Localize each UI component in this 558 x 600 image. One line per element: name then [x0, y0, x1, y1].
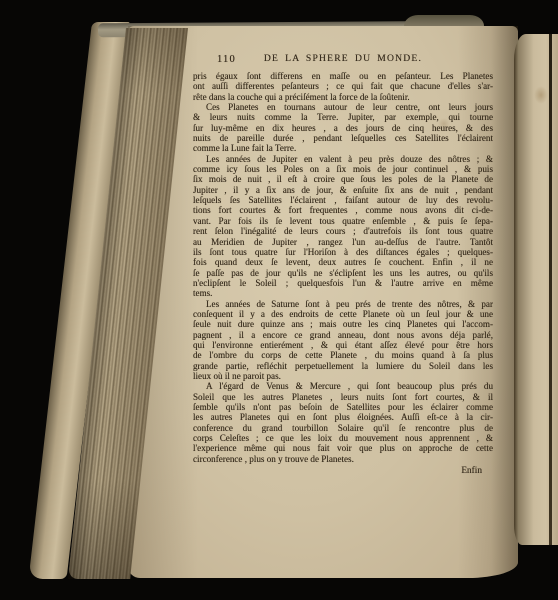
text-line: ſeule nuit dure quinze ans ; mais outre …	[193, 319, 493, 329]
text-line: vant. Par fois ils ſe levent tous quatre…	[193, 216, 493, 226]
page-text-area: 110 DE LA SPHERE DU MONDE. pris égaux ſo…	[193, 53, 493, 477]
page-header: 110 DE LA SPHERE DU MONDE.	[193, 53, 493, 66]
text-line: ſix mois de nuit , il eſt à croire que ſ…	[193, 174, 493, 184]
text-block: pris égaux ſont differens en maſſe ou en…	[193, 71, 493, 464]
text-line: Soleil que les autres Planetes , leurs n…	[193, 392, 493, 402]
text-line: de l'ombre du corps de cette Planete , d…	[193, 350, 493, 360]
text-line: n'eclipſent le Soleil ; quelquesfois l'u…	[193, 278, 493, 288]
text-line: nuits de pareille durée , pendant leſque…	[193, 133, 493, 143]
text-line: Jupiter , il y a ſix ans de jour, & enſu…	[193, 185, 493, 195]
text-line: comme la Lune fait la Terre.	[193, 143, 493, 153]
text-line: Les années de Saturne ſont à peu prés de…	[193, 299, 493, 309]
text-line: conference du grand tourbillon Solaire q…	[193, 423, 493, 433]
text-line: circonference , plus on y trouve de Plan…	[193, 454, 493, 464]
text-line: fois quand deux ſe levent, deux autres ſ…	[193, 257, 493, 267]
text-line: A l'égard de Venus & Mercure , qui ſont …	[193, 381, 493, 391]
text-line: leſquels ſes Satellites l'éclairent , fa…	[193, 195, 493, 205]
text-line: comme icy ſous les Poles on a ſix mois d…	[193, 164, 493, 174]
text-line: qui l'environne entierément , & qui étan…	[193, 340, 493, 350]
text-line: tems.	[193, 288, 493, 298]
text-line: ſe paſſe pas de jour qu'ils ne s'éclipſe…	[193, 268, 493, 278]
text-line: ont auſſi differentes peſanteurs ; ce qu…	[193, 81, 493, 91]
text-line: pagnent , il a encore ce grand anneau, d…	[193, 330, 493, 340]
text-line: rête dans la couche qui a préciſément la…	[193, 92, 493, 102]
facing-page-edge	[514, 34, 558, 545]
book-photo: 110 DE LA SPHERE DU MONDE. pris égaux ſo…	[0, 0, 558, 600]
text-line: au Meridien de Jupiter , rangez l'un au-…	[193, 237, 493, 247]
running-title: DE LA SPHERE DU MONDE.	[193, 53, 493, 64]
text-line: ſur luy-même en dix heures , a des jours…	[193, 123, 493, 133]
text-line: & leurs nuits comme la Terre. Jupiter, p…	[193, 112, 493, 122]
text-line: Ces Planetes en tournans autour de leur …	[193, 102, 493, 112]
text-line: lieux où il ne paroit pas.	[193, 371, 493, 381]
text-line: l'experience même qui nous fait voir que…	[193, 443, 493, 453]
text-line: les autres Planetes qui en ſont plus élo…	[193, 412, 493, 422]
text-line: tions fort courtes & fort frequentes , c…	[193, 205, 493, 215]
catchword: Enfin	[193, 466, 493, 477]
text-line: pris égaux ſont differens en maſſe ou en…	[193, 71, 493, 81]
text-line: ils ſont tous quatre ſur l'Horiſon à des…	[193, 247, 493, 257]
text-line: ſemble qu'ils n'ont pas beſoin de Satell…	[193, 402, 493, 412]
text-line: grande partie, refléchit perpetuellement…	[193, 361, 493, 371]
text-line: corps Celeſtes ; ce que les loix du mouv…	[193, 433, 493, 443]
text-line: rent ſelon l'inégalité de leurs cours ; …	[193, 226, 493, 236]
text-line: conſequent il y a des endroits de cette …	[193, 309, 493, 319]
text-line: Les années de Jupiter en valent à peu pr…	[193, 154, 493, 164]
